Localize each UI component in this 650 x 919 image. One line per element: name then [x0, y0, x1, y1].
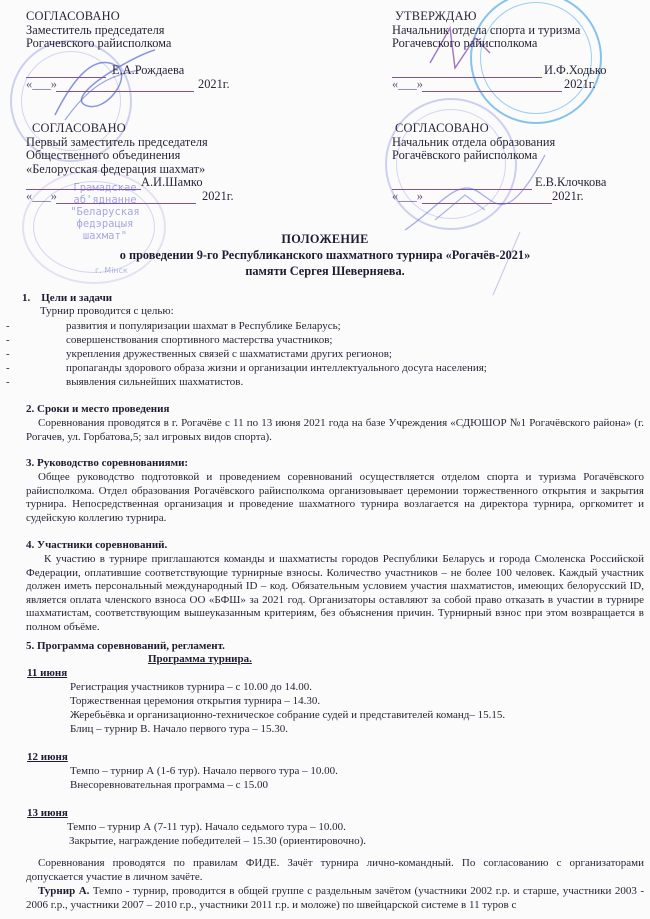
date-line	[422, 91, 562, 92]
tournament-a-text: Темпо - турнир, проводится в общей групп…	[26, 885, 644, 911]
tournament-a-label: Турнир А.	[38, 885, 89, 897]
approval-year: 2021г.	[198, 78, 230, 92]
program-day-date: 11 июня	[27, 667, 67, 679]
goal-item: совершенствования спортивного мастерства…	[66, 334, 332, 346]
goal-item: развития и популяризации шахмат в Респуб…	[66, 320, 341, 332]
document-dedication: памяти Сергея Шеверняева.	[0, 264, 650, 279]
date-line	[56, 91, 194, 92]
bullet-mark: -	[6, 334, 10, 346]
section-5-heading: 5. Программа соревнований, регламент.	[26, 640, 225, 652]
approval-position: Заместитель председателя	[26, 24, 286, 38]
date-day-placeholder: «___»	[26, 189, 57, 203]
approval-header: СОГЛАСОВАНО	[26, 122, 306, 136]
signatory-name: И.Ф.Ходько	[544, 64, 606, 78]
approval-position: Начальник отдела образования	[392, 136, 642, 150]
program-item: Темпо – турнир А (1-6 тур). Начало перво…	[70, 765, 338, 777]
approval-block-bottom-left: СОГЛАСОВАНО Первый заместитель председат…	[26, 122, 306, 204]
bullet-mark: -	[6, 348, 10, 360]
section-1-heading: 1. Цели и задачи	[22, 292, 112, 304]
approval-organization: Рогачёвского райисполкома	[392, 149, 642, 163]
goal-item: укрепления дружественных связей с шахмат…	[66, 348, 392, 360]
program-day-date: 12 июня	[27, 751, 68, 763]
approval-year: 2021г.	[564, 78, 596, 92]
program-title: Программа турнира.	[148, 653, 252, 665]
program-item: Закрытие, награждение победителей – 15.3…	[69, 835, 366, 847]
goal-item: пропаганды здорового образа жизни и орга…	[66, 362, 487, 374]
approval-block-top-right: УТВЕРЖДАЮ Начальник отдела спорта и тури…	[392, 10, 642, 92]
program-item: Регистрация участников турнира – с 10.00…	[70, 681, 312, 693]
date-line	[56, 203, 196, 204]
bullet-mark: -	[6, 320, 10, 332]
program-item: Жеребьёвка и организационно-техническое …	[70, 709, 505, 721]
approval-header: УТВЕРЖДАЮ	[392, 10, 642, 24]
approval-federation: «Белорусская федерация шахмат»	[26, 163, 306, 177]
date-day-placeholder: «___»	[392, 189, 423, 203]
date-day-placeholder: «___»	[26, 77, 57, 91]
section-2-heading: 2. Сроки и место проведения	[26, 403, 169, 415]
approval-position: Первый заместитель председателя	[26, 136, 306, 150]
program-day-date: 13 июня	[27, 807, 68, 819]
signatory-name: Е.В.Клочкова	[535, 176, 606, 190]
section-4-heading: 4. Участники соревнований.	[26, 539, 167, 551]
approval-block-top-left: СОГЛАСОВАНО Заместитель председателя Рог…	[26, 10, 286, 92]
date-line	[422, 203, 552, 204]
signatory-name: А.И.Шамко	[141, 176, 203, 190]
approval-block-bottom-right: СОГЛАСОВАНО Начальник отдела образования…	[392, 122, 642, 204]
goal-item: выявления сильнейших шахматистов.	[66, 376, 243, 388]
section-1-intro: Турнир проводится с целью:	[40, 305, 174, 319]
approval-position: Начальник отдела спорта и туризма	[392, 24, 642, 38]
approval-header: СОГЛАСОВАНО	[392, 122, 642, 136]
signatory-name: Е.А.Рождаева	[112, 64, 184, 78]
document-subtitle: о проведении 9-го Республиканского шахма…	[0, 248, 650, 263]
approval-header: СОГЛАСОВАНО	[26, 10, 286, 24]
section-2-text: Соревнования проводятся в г. Рогачёве с …	[26, 417, 644, 444]
bullet-mark: -	[6, 362, 10, 374]
approval-year: 2021г.	[202, 190, 234, 204]
document-title: ПОЛОЖЕНИЕ	[0, 232, 650, 247]
approval-organization: Общественного объединения	[26, 149, 306, 163]
section-3-text: Общее руководство подготовкой и проведен…	[26, 471, 644, 525]
section-3-heading: 3. Руководство соревнованиями:	[26, 457, 188, 469]
program-item: Торжественная церемония открытия турнира…	[70, 695, 320, 707]
rules-text: Соревнования проводятся по правилам ФИДЕ…	[26, 857, 644, 884]
section-4-text: К участию в турнире приглашаются команды…	[26, 553, 644, 635]
bullet-mark: -	[6, 376, 10, 388]
date-day-placeholder: «___»	[392, 77, 423, 91]
program-item: Блиц – турнир В. Начало первого тура – 1…	[70, 723, 288, 735]
tournament-a-paragraph: Турнир А. Темпо - турнир, проводится в о…	[26, 885, 644, 912]
approval-year: 2021г.	[552, 190, 584, 204]
document-page: Грамадскае аб'яднанне "Беларуская федэра…	[0, 0, 650, 919]
approval-organization: Рогачевского райисполкома	[392, 37, 642, 51]
program-item: Темпо – турнир А (7-11 тур). Начало седь…	[67, 821, 346, 833]
program-item: Внесоревновательная программа – с 15.00	[70, 779, 268, 791]
approval-organization: Рогачевского райисполкома	[26, 37, 286, 51]
